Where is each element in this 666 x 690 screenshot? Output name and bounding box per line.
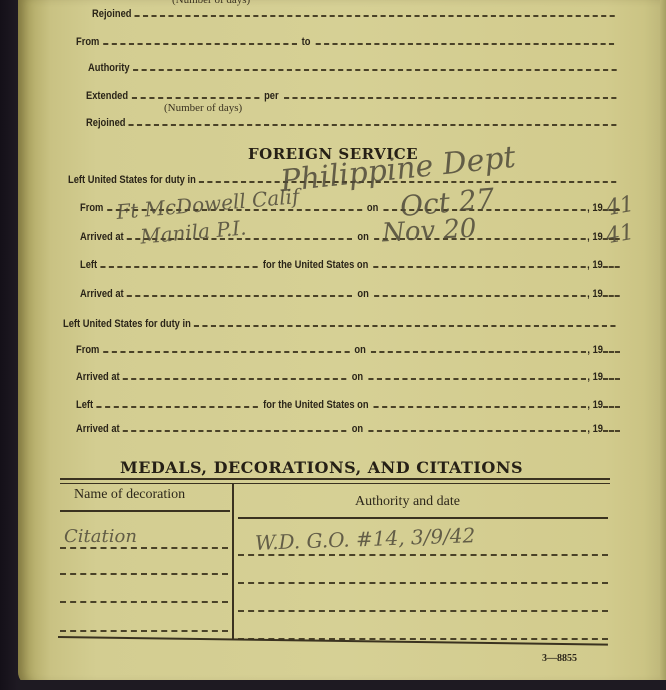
for-us-label: for the United States on (258, 399, 374, 411)
from-label: From (76, 344, 103, 356)
from-field-2[interactable]: Fromon, 19 (76, 344, 620, 356)
handwritten-from-year: 41 (604, 192, 636, 221)
from-to-field[interactable]: Fromto (76, 36, 614, 48)
year-prefix: , 19 (586, 371, 603, 383)
rejoined-field-2[interactable]: Rejoined (86, 117, 616, 129)
name-row-2-line[interactable] (60, 573, 228, 575)
authority-row-1-line[interactable] (238, 554, 608, 556)
on-label: on (347, 371, 369, 383)
arrived-label: Arrived at (80, 231, 127, 243)
year-prefix: , 19 (585, 202, 602, 214)
handwritten-arrived-year: 41 (604, 220, 636, 249)
extended-field[interactable]: Extendedper (86, 90, 616, 102)
number-of-days-note-top: (Number of days) (172, 0, 250, 6)
col-authority-header: Authority and date (355, 494, 460, 510)
year-prefix: , 19 (586, 344, 603, 356)
medals-top-rule (60, 478, 610, 480)
authority-header-rule (238, 517, 608, 519)
handwritten-decoration-name: Citation (64, 526, 137, 547)
extended-label: Extended (86, 90, 131, 102)
rejoined-label: Rejoined (92, 8, 135, 20)
year-prefix: , 19 (586, 423, 603, 435)
on-label: on (352, 231, 374, 243)
left-for-us-field-1[interactable]: Leftfor the United States on, 19 (80, 259, 620, 271)
col-name-header: Name of decoration (74, 487, 185, 503)
for-us-label: for the United States on (258, 259, 374, 271)
handwritten-arrived-date: Nov 20 (381, 214, 477, 249)
rejoined-label: Rejoined (86, 117, 129, 129)
left-label: Left (76, 399, 97, 411)
arrived-label: Arrived at (80, 288, 127, 300)
left-for-us-field-2[interactable]: Leftfor the United States on, 19 (76, 399, 620, 411)
arrived-field-2[interactable]: Arrived aton, 19 (76, 371, 620, 383)
authority-field[interactable]: Authority (88, 62, 617, 74)
name-row-1-line[interactable] (60, 547, 228, 549)
from-label: From (80, 202, 107, 214)
authority-label: Authority (88, 62, 133, 74)
rejoined-field-1[interactable]: Rejoined (92, 8, 615, 20)
year-prefix: , 19 (585, 231, 602, 243)
arrived-label: Arrived at (76, 371, 123, 383)
on-label: on (347, 423, 369, 435)
left-us-label: Left United States for duty in (63, 318, 194, 330)
to-label: to (297, 36, 316, 48)
arrived-return-field-1[interactable]: Arrived aton, 19 (80, 288, 620, 300)
year-prefix: , 19 (585, 288, 602, 300)
number-of-days-note: (Number of days) (164, 102, 242, 114)
authority-row-2-line[interactable] (238, 582, 608, 584)
arrived-return-field-2[interactable]: Arrived aton, 19 (76, 423, 620, 435)
on-label: on (362, 202, 384, 214)
left-us-duty-field-2[interactable]: Left United States for duty in (63, 318, 616, 330)
arrived-label: Arrived at (76, 423, 123, 435)
from-label: From (76, 36, 103, 48)
form-number: 3—8855 (542, 653, 577, 664)
medals-top-rule-thin (60, 483, 610, 484)
on-label: on (349, 344, 371, 356)
column-divider (232, 484, 234, 640)
name-row-4-line[interactable] (60, 630, 228, 632)
name-row-3-line[interactable] (60, 601, 228, 603)
left-us-label: Left United States for duty in (68, 174, 199, 186)
authority-row-3-line[interactable] (238, 610, 608, 612)
page-shadow (18, 680, 666, 690)
year-prefix: , 19 (586, 399, 603, 411)
on-label: on (352, 288, 374, 300)
year-prefix: , 19 (585, 259, 602, 271)
left-label: Left (80, 259, 101, 271)
medals-title: MEDALS, DECORATIONS, AND CITATIONS (120, 458, 523, 477)
per-label: per (259, 90, 284, 102)
page-edge (660, 0, 666, 690)
name-header-rule (60, 510, 230, 512)
